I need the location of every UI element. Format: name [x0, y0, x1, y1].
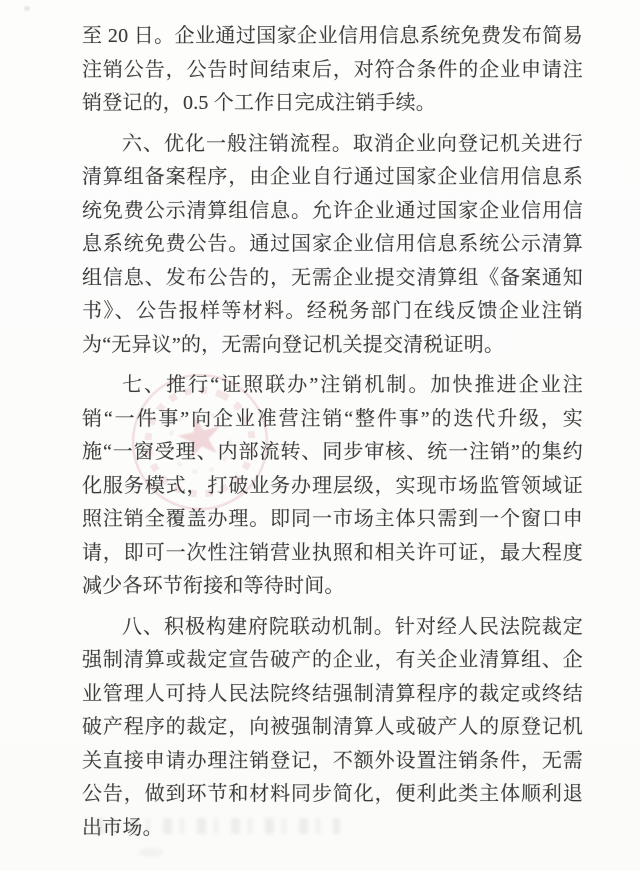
paragraph-section-7: 七、推行“证照联办”注销机制。加快推进企业注销“一件事”向企业准营注销“整件事”…: [82, 369, 583, 604]
paragraph-section-6: 六、优化一般注销流程。取消企业向登记机关进行清算组备案程序，由企业自行通过国家企…: [82, 128, 583, 363]
scan-speck: [24, 6, 30, 11]
document-text-block: 至 20 日。企业通过国家企业信用信息系统免费发布简易注销公告，公告时间结束后，…: [82, 20, 583, 852]
paragraph-section-8: 八、积极构建府院联动机制。针对经人民法院裁定强制清算或裁定宣告破产的企业，有关企…: [82, 611, 583, 846]
paragraph-continuation: 至 20 日。企业通过国家企业信用信息系统免费发布简易注销公告，公告时间结束后，…: [82, 20, 583, 121]
document-page: ★ 至 20 日。企业通过国家企业信用信息系统免费发布简易注销公告，公告时间结束…: [0, 0, 640, 871]
